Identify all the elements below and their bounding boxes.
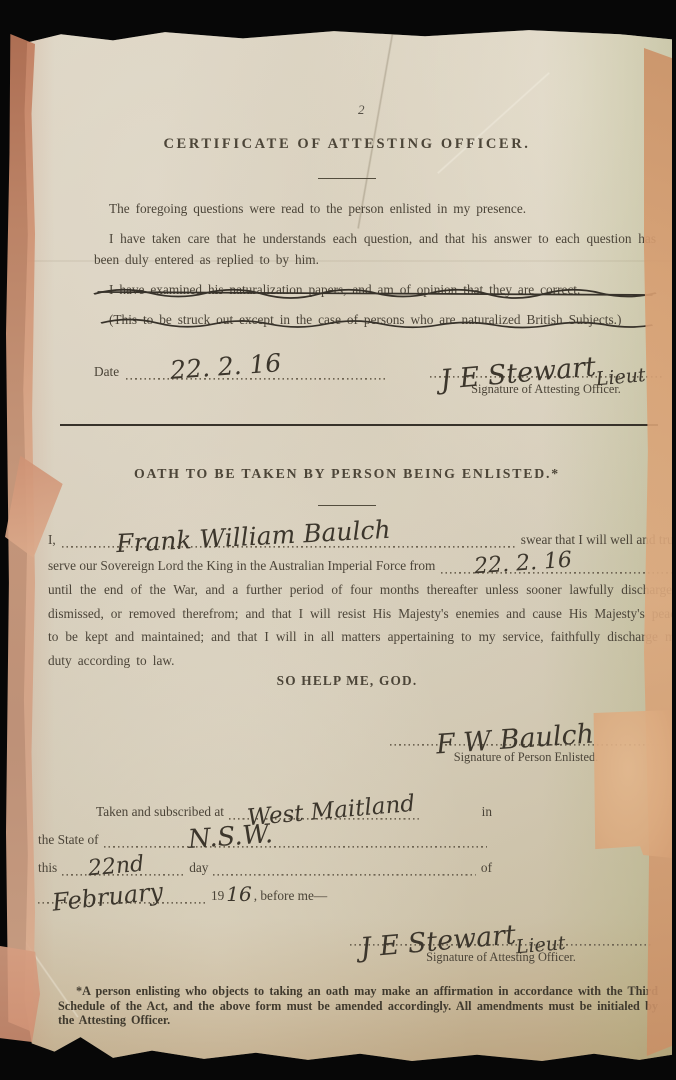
year-printed: 19 (211, 888, 224, 904)
section-divider-rule (60, 424, 658, 426)
date-dotted-line: 22. 2. 16 (126, 364, 386, 380)
title-rule (318, 505, 376, 506)
struck-paragraph: (This to be struck out except in the cas… (94, 309, 656, 330)
footnote-text: *A person enlisting who objects to takin… (58, 984, 658, 1028)
crease-line (437, 72, 550, 175)
date-row: Date 22. 2. 16 (94, 340, 386, 380)
certificate-paragraph: The foregoing questions were read to the… (94, 198, 656, 219)
handwritten-date: 22. 2. 16 (169, 348, 282, 385)
certificate-paragraphs: The foregoing questions were read to the… (94, 198, 656, 339)
date-label: Date (94, 364, 119, 380)
signature-rank: Lieut (595, 364, 647, 390)
struck-text: (This to be struck out except in the cas… (109, 312, 621, 327)
signature-rank: Lieut (515, 932, 567, 958)
struck-text: I have examined his naturalization paper… (109, 282, 580, 297)
signature-dotted-line: J E StewartLieut (430, 332, 662, 378)
oath-title: OATH TO BE TAKEN BY PERSON BEING ENLISTE… (22, 466, 672, 482)
oath-from-row: serve our Sovereign Lord the King in the… (48, 542, 676, 574)
person-enlisted-signature-block: F W Baulch Signature of Person Enlisted. (390, 700, 662, 765)
paper-sheet: 2 CERTIFICATE OF ATTESTING OFFICER. The … (22, 28, 672, 1062)
from-date-dotted-line: 22. 2. 16 (441, 556, 676, 574)
page-number: 2 (358, 102, 365, 118)
signature-dotted-line: J E StewartLieut (350, 900, 652, 946)
certificate-title: CERTIFICATE OF ATTESTING OFFICER. (22, 136, 672, 153)
oath-body-text: until the end of the War, and a further … (48, 578, 676, 672)
handwritten-month: February (51, 877, 165, 916)
before-me-label: , before me— (254, 888, 327, 904)
certificate-paragraph: I have taken care that he understands ea… (94, 228, 656, 270)
attesting-officer-signature-block: J E StewartLieut Signature of Attesting … (430, 332, 662, 397)
attesting-officer-signature-block: J E StewartLieut Signature of Attesting … (350, 900, 652, 965)
handwritten-year: 16 (226, 882, 251, 906)
title-rule (318, 178, 376, 179)
oath-serve-text: serve our Sovereign Lord the King in the… (48, 558, 435, 574)
struck-paragraph: I have examined his naturalization paper… (94, 279, 656, 300)
oath-invocation: SO HELP ME, GOD. (22, 673, 672, 689)
state-row: the State of N.S.W. (38, 818, 492, 848)
taken-at-row: Taken and subscribed at West Maitland in (38, 790, 492, 820)
scan-background: { "document": { "page_number": "2", "cer… (0, 0, 676, 1080)
day-row: this 22nd day of (38, 846, 492, 876)
signature-dotted-line: F W Baulch (390, 700, 662, 746)
handwritten-from-date: 22. 2. 16 (474, 548, 573, 580)
month-dotted-line: February (38, 888, 206, 904)
